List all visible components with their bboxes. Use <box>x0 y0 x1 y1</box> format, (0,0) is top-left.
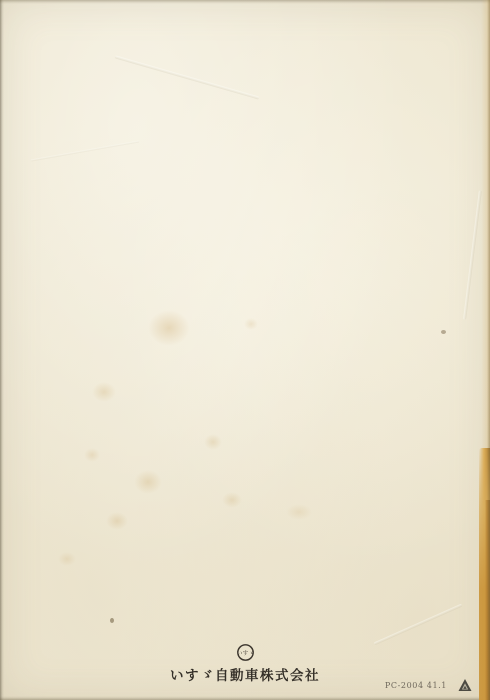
print-code: PC-2004 41.1 <box>385 681 447 690</box>
foxing-stain <box>286 504 312 520</box>
scanned-back-cover-page: いすゞ いすゞ自動車株式会社 PC-2004 41.1 <box>0 0 490 700</box>
foxing-stain <box>58 552 76 566</box>
isuzu-roundel-icon: いすゞ <box>236 643 255 662</box>
paper-crease <box>463 190 482 319</box>
foxing-stain <box>134 470 162 494</box>
foxing-stain <box>222 492 242 508</box>
paper-crease <box>374 604 463 646</box>
foxing-stain <box>84 448 100 462</box>
left-scan-edge <box>0 0 4 700</box>
imprint-line: PC-2004 41.1 <box>385 678 472 692</box>
paper-crease <box>114 55 259 99</box>
foxing-stain <box>148 310 190 346</box>
foxing-stain <box>106 512 128 530</box>
ink-speck <box>441 330 446 334</box>
top-scan-edge <box>0 0 490 4</box>
right-edge-yellowing <box>481 0 490 700</box>
foxing-stain <box>244 318 258 330</box>
bottom-scan-edge <box>0 696 490 700</box>
foxing-stain <box>204 434 222 450</box>
isuzu-roundel-inner-text: いすゞ <box>236 650 254 657</box>
triangle-press-mark-icon <box>458 678 472 692</box>
ink-speck <box>110 618 114 623</box>
paper-crease <box>31 140 140 161</box>
foxing-stain <box>92 382 116 402</box>
